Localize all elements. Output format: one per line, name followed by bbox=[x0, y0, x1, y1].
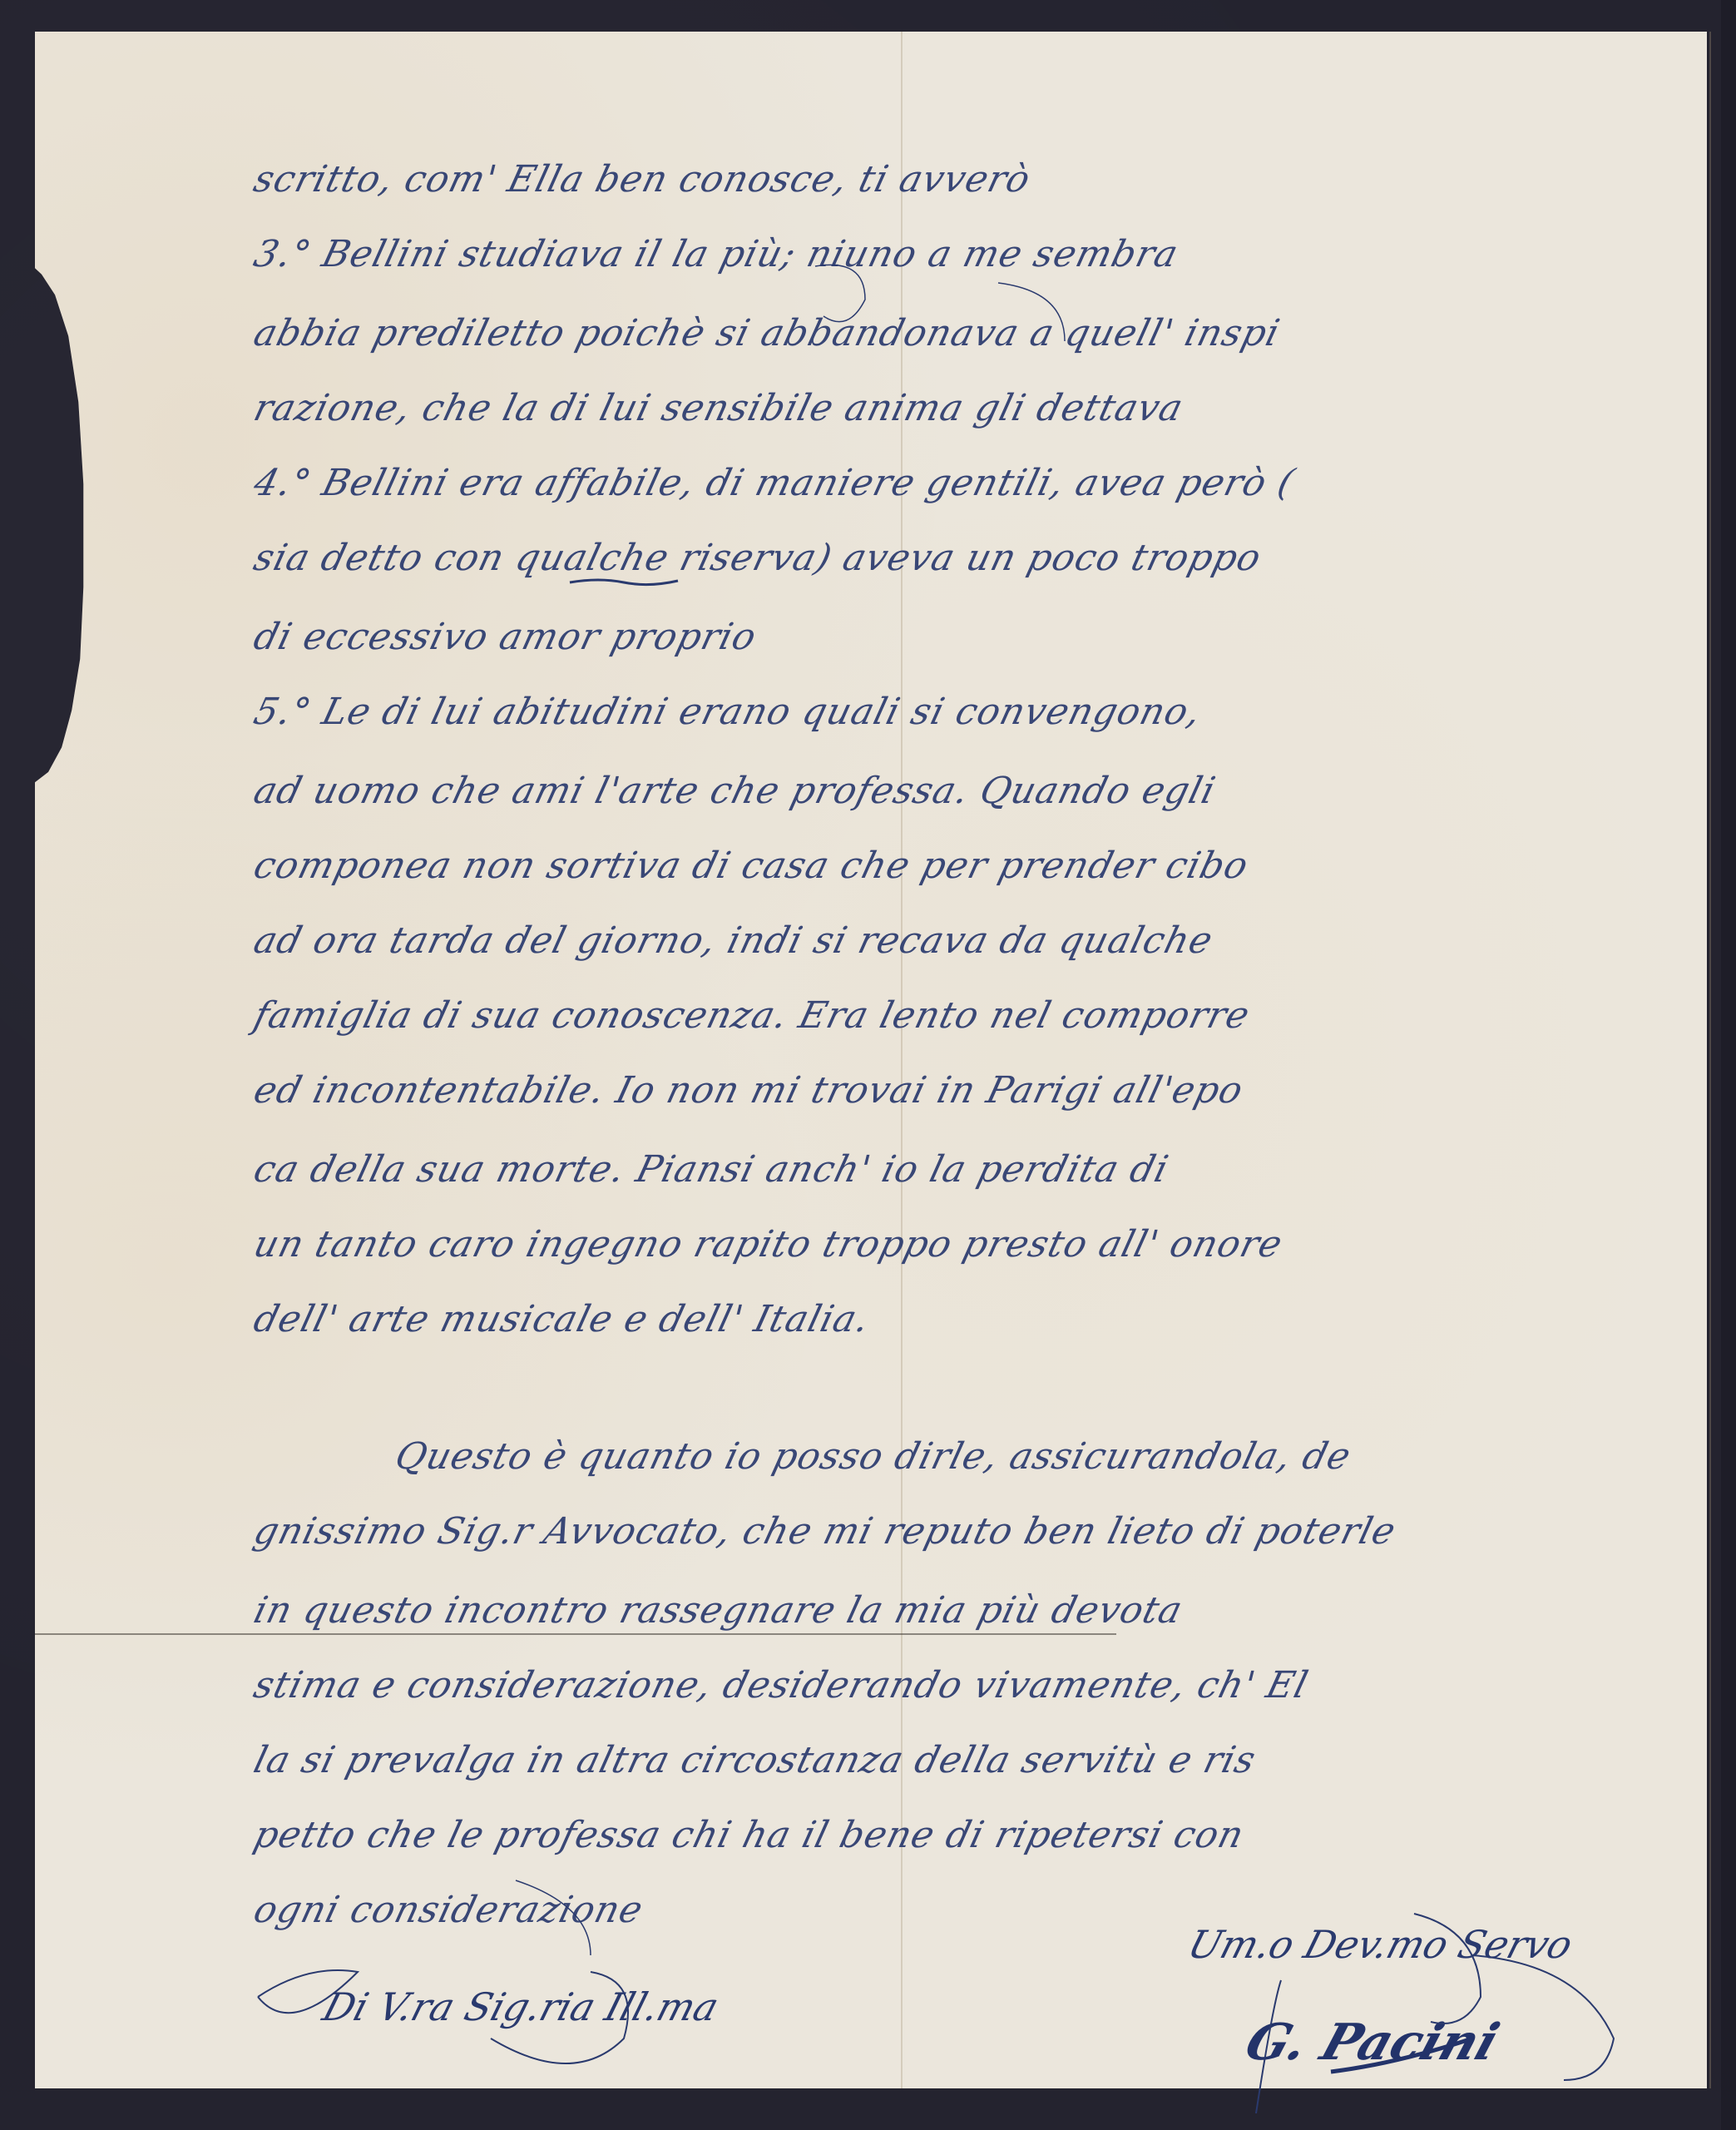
letter-line-item-4: 4.° Bellini era affabile, di maniere gen… bbox=[250, 462, 1299, 504]
letter-line: petto che le professa chi ha il bene di … bbox=[250, 1814, 1249, 1856]
letter-line-item-5: 5.° Le di lui abitudini erano quali si c… bbox=[250, 691, 1206, 733]
letter-line: in questo incontro rassegnare la mia più… bbox=[250, 1589, 1187, 1632]
letter-line: sia detto con qualche riserva) aveva un … bbox=[250, 537, 1266, 579]
letter-line: ed incontentabile. Io non mi trovai in P… bbox=[250, 1069, 1248, 1112]
letter-line: ad ora tarda del giorno, indi si recava … bbox=[250, 919, 1218, 962]
right-dark-edge bbox=[1721, 0, 1736, 2130]
letter-line: scritto, com' Ella ben conosce, ti avver… bbox=[250, 158, 1035, 201]
letter-line: di eccessivo amor proprio bbox=[250, 616, 761, 658]
letter-line-closing-paragraph: Questo è quanto io posso dirle, assicura… bbox=[391, 1435, 1356, 1478]
letter-line: ad uomo che ami l'arte che professa. Qua… bbox=[250, 770, 1220, 812]
letter-line: ogni considerazione bbox=[250, 1889, 647, 1931]
right-fold-line bbox=[1709, 32, 1711, 2088]
letter-line: la si prevalga in altra circostanza dell… bbox=[250, 1739, 1260, 1781]
horizontal-fold-crease bbox=[35, 1633, 1116, 1635]
letter-line: razione, che la di lui sensibile anima g… bbox=[250, 387, 1188, 429]
letter-line: componea non sortiva di casa che per pre… bbox=[250, 845, 1253, 887]
letter-line: abbia prediletto poichè si abbandonava a… bbox=[250, 312, 1284, 354]
letter-line: stima e considerazione, desiderando viva… bbox=[250, 1664, 1313, 1706]
closing-salutation-left: Di V.ra Sig.ria Ill.ma bbox=[318, 1984, 724, 2029]
letter-line: un tanto caro ingegno rapito troppo pres… bbox=[250, 1223, 1287, 1266]
letter-line: dell' arte musicale e dell' Italia. bbox=[250, 1298, 874, 1340]
closing-salutation-right: Um.o Dev.mo Servo bbox=[1183, 1922, 1577, 1967]
letter-line: famiglia di sua conoscenza. Era lento ne… bbox=[250, 994, 1254, 1037]
letter-line: gnissimo Sig.r Avvocato, che mi reputo b… bbox=[250, 1510, 1400, 1553]
letter-line: ca della sua morte. Piansi anch' io la p… bbox=[250, 1148, 1173, 1191]
letter-line-item-3: 3.° Bellini studiava il la più; niuno a … bbox=[250, 233, 1183, 275]
signature: G. Pacini bbox=[1239, 2014, 1506, 2072]
